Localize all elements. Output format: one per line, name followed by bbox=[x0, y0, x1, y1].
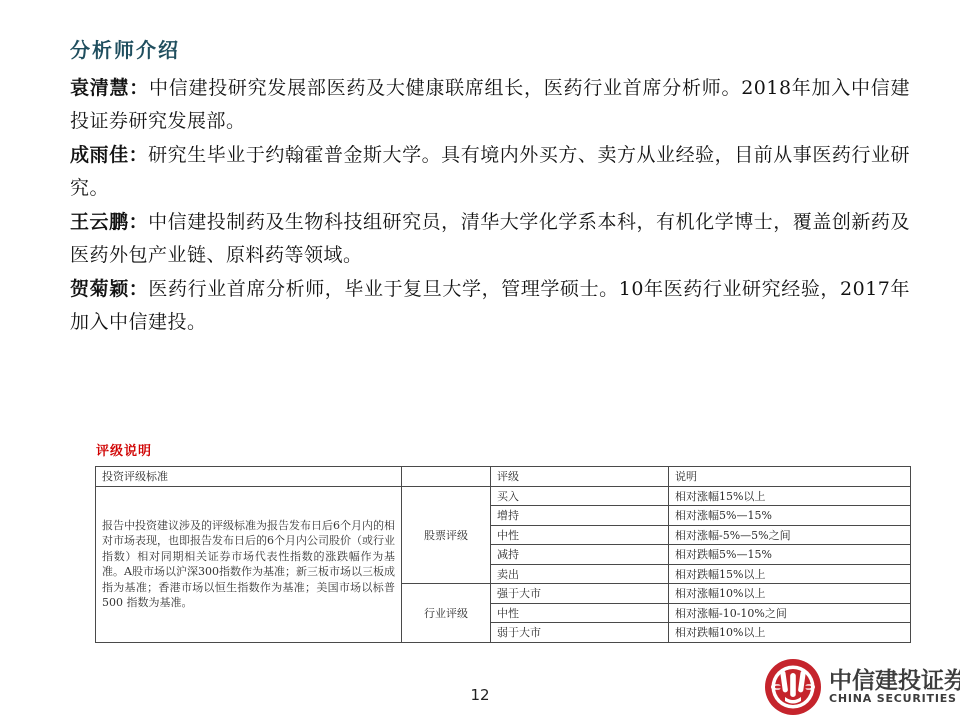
logo-chinese-name: 中信建投证券 bbox=[829, 669, 960, 693]
rating-cell: 弱于大市 bbox=[491, 623, 669, 643]
desc-cell: 相对涨幅10%以上 bbox=[669, 584, 911, 604]
rating-cell: 减持 bbox=[491, 545, 669, 565]
rating-table: 投资评级标准 评级 说明 报告中投资建议涉及的评级标准为报告发布日后6个月内的相… bbox=[95, 466, 911, 643]
header-criteria: 投资评级标准 bbox=[96, 467, 402, 487]
desc-cell: 相对跌幅15%以上 bbox=[669, 564, 911, 584]
rating-table-wrap: 投资评级标准 评级 说明 报告中投资建议涉及的评级标准为报告发布日后6个月内的相… bbox=[95, 466, 906, 643]
group-cell-industry: 行业评级 bbox=[402, 584, 491, 643]
rating-cell: 中性 bbox=[491, 603, 669, 623]
desc-cell: 相对跌幅10%以上 bbox=[669, 623, 911, 643]
rating-cell: 增持 bbox=[491, 506, 669, 526]
analyst-bio: 中信建投制药及生物科技组研究员，清华大学化学系本科，有机化学博士，覆盖创新药及医… bbox=[70, 211, 910, 266]
table-row: 报告中投资建议涉及的评级标准为报告发布日后6个月内的相对市场表现，也即报告发布日… bbox=[96, 486, 911, 506]
analyst-bio: 中信建投研究发展部医药及大健康联席组长，医药行业首席分析师。2018年加入中信建… bbox=[70, 77, 910, 132]
rating-cell: 买入 bbox=[491, 486, 669, 506]
logo-english-name: CHINA SECURITIES bbox=[829, 693, 960, 705]
company-logo: 中信建投证券 CHINA SECURITIES bbox=[763, 656, 960, 718]
page-title: 分析师介绍 bbox=[70, 34, 180, 63]
analyst-bio: 研究生毕业于约翰霍普金斯大学。具有境内外买方、卖方从业经验，目前从事医药行业研究… bbox=[70, 144, 910, 199]
logo-text: 中信建投证券 CHINA SECURITIES bbox=[829, 669, 960, 705]
analyst-paragraph: 王云鹏：中信建投制药及生物科技组研究员，清华大学化学系本科，有机化学博士，覆盖创… bbox=[70, 206, 910, 271]
criteria-text-cell: 报告中投资建议涉及的评级标准为报告发布日后6个月内的相对市场表现，也即报告发布日… bbox=[96, 486, 402, 642]
analyst-paragraph: 袁清慧：中信建投研究发展部医药及大健康联席组长，医药行业首席分析师。2018年加… bbox=[70, 72, 910, 137]
header-group bbox=[402, 467, 491, 487]
rating-cell: 中性 bbox=[491, 525, 669, 545]
china-securities-emblem-icon bbox=[763, 657, 823, 717]
analyst-name: 袁清慧： bbox=[70, 77, 149, 99]
analyst-name: 王云鹏： bbox=[70, 211, 148, 233]
rating-cell: 卖出 bbox=[491, 564, 669, 584]
analyst-intro-block: 袁清慧：中信建投研究发展部医药及大健康联席组长，医药行业首席分析师。2018年加… bbox=[70, 72, 910, 340]
group-cell-stock: 股票评级 bbox=[402, 486, 491, 584]
header-rating: 评级 bbox=[491, 467, 669, 487]
desc-cell: 相对涨幅5%—15% bbox=[669, 506, 911, 526]
rating-cell: 强于大市 bbox=[491, 584, 669, 604]
slide: 分析师介绍 袁清慧：中信建投研究发展部医药及大健康联席组长，医药行业首席分析师。… bbox=[0, 0, 960, 720]
desc-cell: 相对涨幅-10-10%之间 bbox=[669, 603, 911, 623]
analyst-name: 成雨佳： bbox=[70, 144, 148, 166]
rating-section-heading: 评级说明 bbox=[96, 440, 152, 459]
header-desc: 说明 bbox=[669, 467, 911, 487]
desc-cell: 相对跌幅5%—15% bbox=[669, 545, 911, 565]
desc-cell: 相对涨幅-5%—5%之间 bbox=[669, 525, 911, 545]
analyst-paragraph: 贺菊颖：医药行业首席分析师，毕业于复旦大学，管理学硕士。10年医药行业研究经验，… bbox=[70, 273, 910, 338]
analyst-name: 贺菊颖： bbox=[70, 278, 148, 300]
analyst-bio: 医药行业首席分析师，毕业于复旦大学，管理学硕士。10年医药行业研究经验，2017… bbox=[70, 278, 910, 333]
desc-cell: 相对涨幅15%以上 bbox=[669, 486, 911, 506]
analyst-paragraph: 成雨佳：研究生毕业于约翰霍普金斯大学。具有境内外买方、卖方从业经验，目前从事医药… bbox=[70, 139, 910, 204]
table-header-row: 投资评级标准 评级 说明 bbox=[96, 467, 911, 487]
